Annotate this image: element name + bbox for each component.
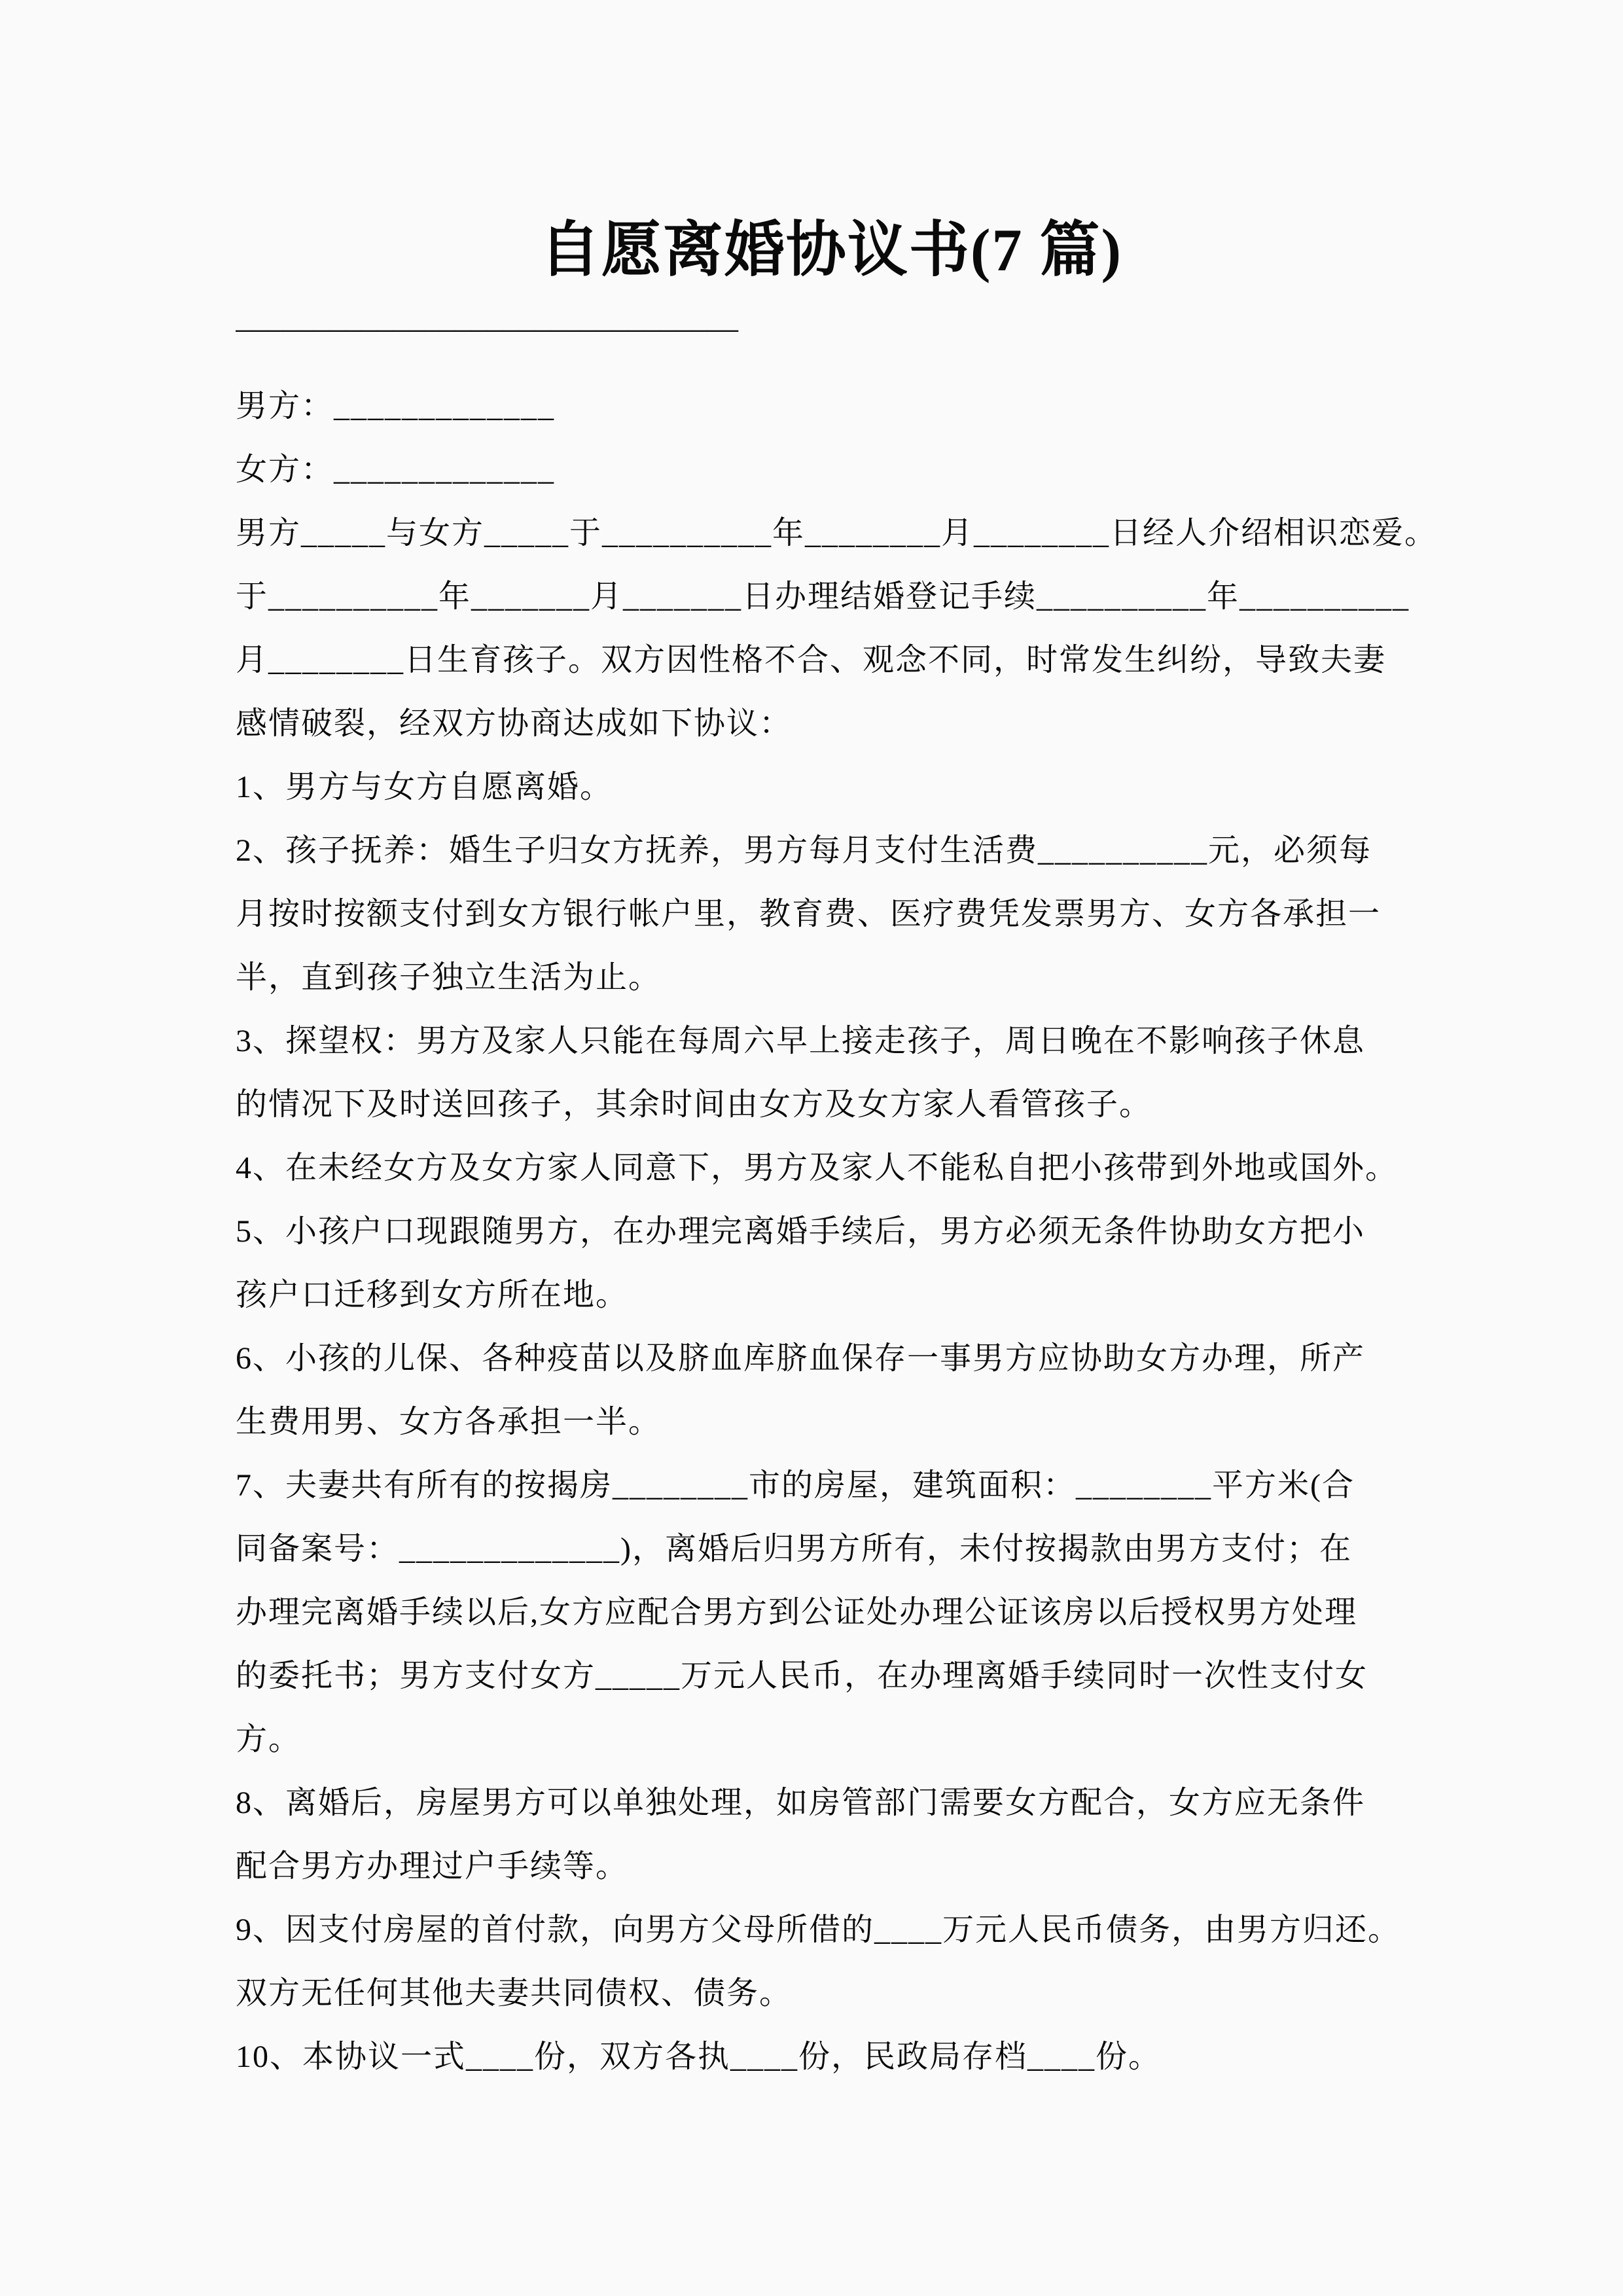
document-line: 6、小孩的儿保、各种疫苗以及脐血库脐血保存一事男方应协助女方办理，所产 [236, 1327, 1427, 1390]
document-line: 男方_____与女方_____于__________年________月____… [236, 501, 1427, 565]
document-line: 男方：_____________ [236, 374, 1427, 438]
document-title: 自愿离婚协议书(7 篇) [236, 216, 1427, 285]
document-line: 5、小孩户口现跟随男方，在办理完离婚手续后，男方必须无条件协助女方把小 [236, 1200, 1427, 1263]
document-line: 4、在未经女方及女方家人同意下，男方及家人不能私自把小孩带到外地或国外。 [236, 1136, 1427, 1200]
document-line: 8、离婚后，房屋男方可以单独处理，如房管部门需要女方配合，女方应无条件 [236, 1771, 1427, 1835]
document-line: 9、因支付房屋的首付款，向男方父母所借的____万元人民币债务，由男方归还。 [236, 1898, 1427, 1962]
document-line: 于__________年_______月_______日办理结婚登记手续____… [236, 565, 1427, 628]
document-line: 的委托书；男方支付女方_____万元人民币，在办理离婚手续同时一次性支付女 [236, 1644, 1427, 1708]
document-line: 配合男方办理过户手续等。 [236, 1835, 1427, 1898]
document-line: 的情况下及时送回孩子，其余时间由女方及女方家人看管孩子。 [236, 1073, 1427, 1136]
title-divider-line: ________________________________ [236, 285, 1427, 351]
document-line: 双方无任何其他夫妻共同债权、债务。 [236, 1962, 1427, 2025]
document-line: 2、孩子抚养：婚生子归女方抚养，男方每月支付生活费__________元，必须每 [236, 819, 1427, 882]
document-line: 办理完离婚手续以后,女方应配合男方到公证处办理公证该房以后授权男方处理 [236, 1581, 1427, 1644]
document-body: 男方：_____________ 女方：_____________ 男方____… [236, 374, 1427, 2089]
document-page: 自愿离婚协议书(7 篇) ___________________________… [0, 0, 1623, 2296]
document-line: 方。 [236, 1708, 1427, 1771]
document-line: 7、夫妻共有所有的按揭房________市的房屋，建筑面积：________平方… [236, 1454, 1427, 1517]
document-line: 10、本协议一式____份，双方各执____份，民政局存档____份。 [236, 2025, 1427, 2089]
document-line: 半，直到孩子独立生活为止。 [236, 946, 1427, 1009]
document-line: 女方：_____________ [236, 438, 1427, 501]
document-line: 3、探望权：男方及家人只能在每周六早上接走孩子，周日晚在不影响孩子休息 [236, 1009, 1427, 1073]
document-line: 感情破裂，经双方协商达成如下协议： [236, 692, 1427, 755]
document-line: 孩户口迁移到女方所在地。 [236, 1263, 1427, 1327]
document-line: 生费用男、女方各承担一半。 [236, 1390, 1427, 1454]
document-line: 同备案号：_____________)，离婚后归男方所有，未付按揭款由男方支付；… [236, 1517, 1427, 1581]
document-line: 1、男方与女方自愿离婚。 [236, 755, 1427, 819]
document-line: 月按时按额支付到女方银行帐户里，教育费、医疗费凭发票男方、女方各承担一 [236, 882, 1427, 946]
document-line: 月________日生育孩子。双方因性格不合、观念不同，时常发生纠纷，导致夫妻 [236, 628, 1427, 692]
